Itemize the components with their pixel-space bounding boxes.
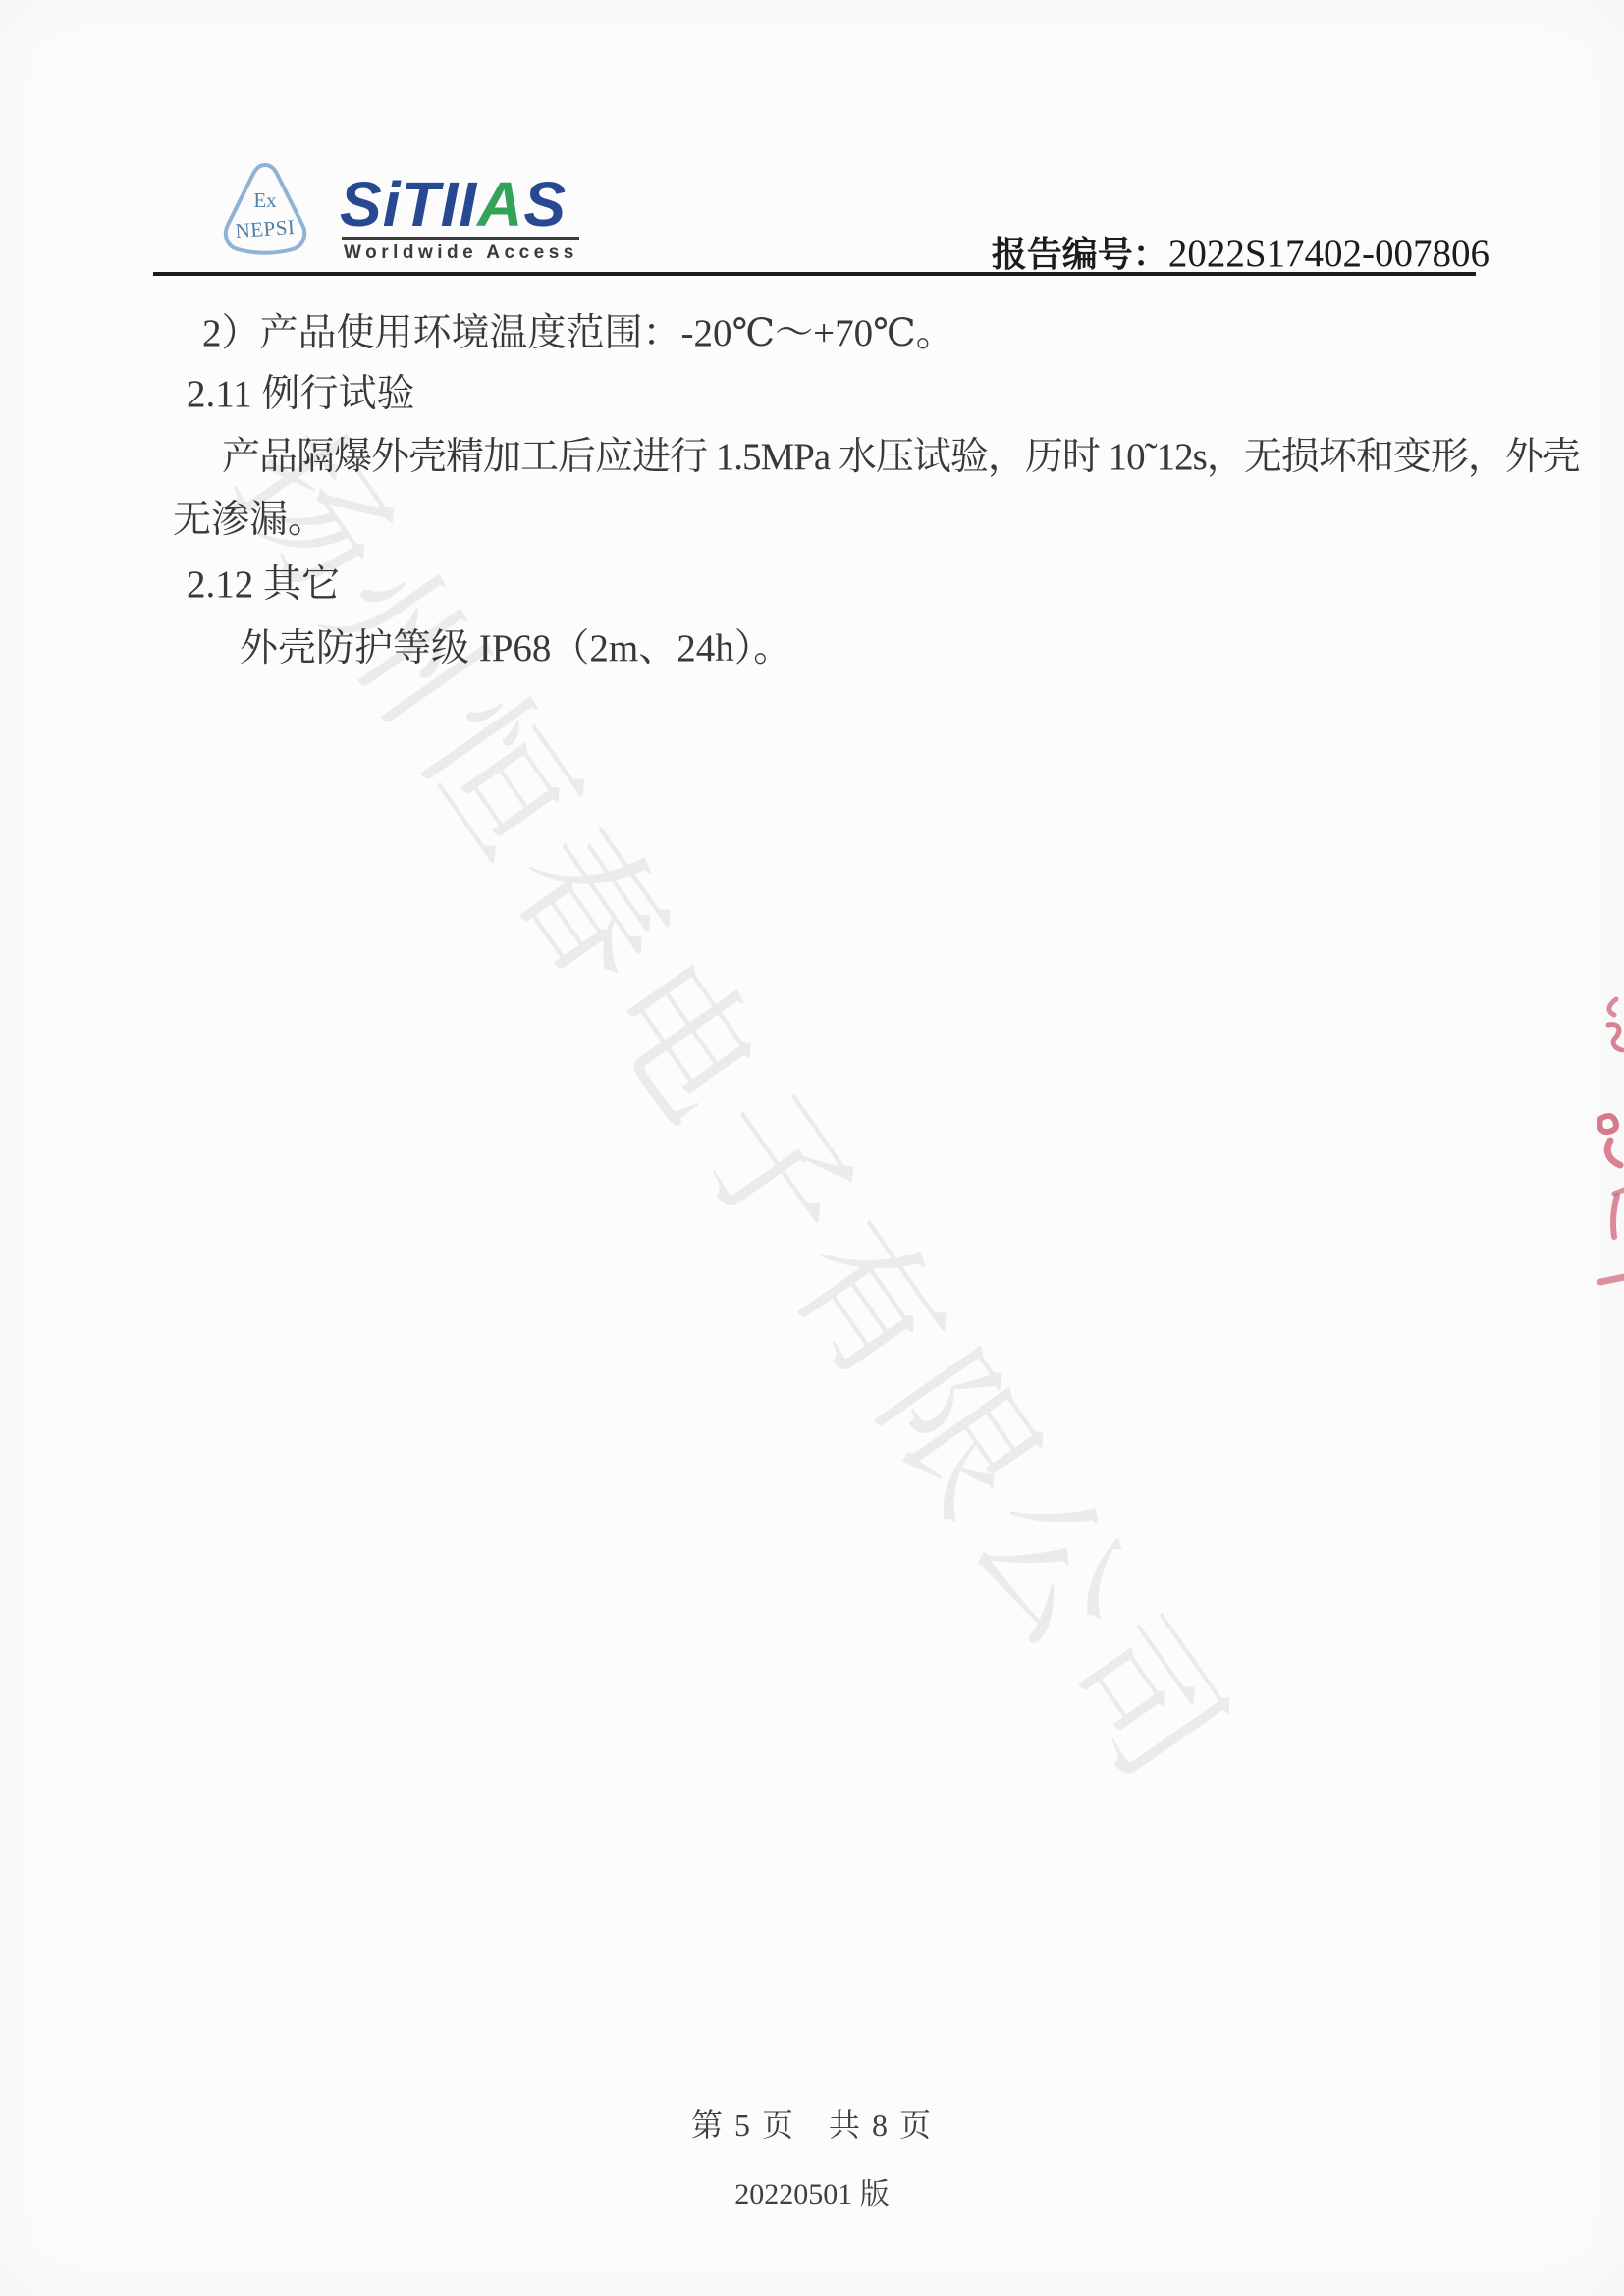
brand-suffix: S	[523, 169, 567, 240]
scanned-report-page: 扬州恒春电子有限公司 Ex NEPSI SiTIIAS Worldwide Ac…	[0, 0, 1624, 2296]
seal-fragments-icon	[1571, 972, 1624, 1306]
brand-prefix: SiTII	[340, 169, 477, 240]
badge-ex-label: Ex	[253, 188, 277, 212]
report-number-value: 2022S17402-007806	[1168, 232, 1489, 276]
report-number: 报告编号： 2022S17402-007806	[992, 227, 1489, 277]
version-label: 20220501 版	[0, 2169, 1624, 2213]
brand-tagline: Worldwide Access	[344, 242, 578, 264]
ip-rating-paragraph: 外壳防护等级 IP68（2m、24h）。	[240, 629, 791, 669]
page-number: 第 5 页 共 8 页	[0, 2101, 1624, 2146]
brand-accent: A	[477, 169, 523, 240]
temperature-range-line: 2）产品使用环境温度范围：-20℃～+70℃。	[202, 314, 954, 354]
routine-test-paragraph-line2: 无渗漏。	[173, 501, 326, 541]
brand-underline	[342, 237, 579, 240]
sitiias-logo: SiTIIAS	[340, 173, 567, 236]
routine-test-paragraph-line1: 产品隔爆外壳精加工后应进行 1.5MPa 水压试验，历时 10˜12s，无损坏和…	[222, 438, 1580, 478]
badge-nepsi-label: NEPSI	[235, 215, 296, 242]
report-number-label: 报告编号：	[992, 227, 1168, 277]
section-heading-2-12: 2.12 其它	[187, 565, 340, 606]
header-rule	[153, 272, 1476, 276]
company-watermark: 扬州恒春电子有限公司	[194, 383, 1292, 1823]
section-heading-2-11: 2.11 例行试验	[187, 375, 415, 415]
nepsi-ex-badge-icon: Ex NEPSI	[216, 160, 314, 262]
